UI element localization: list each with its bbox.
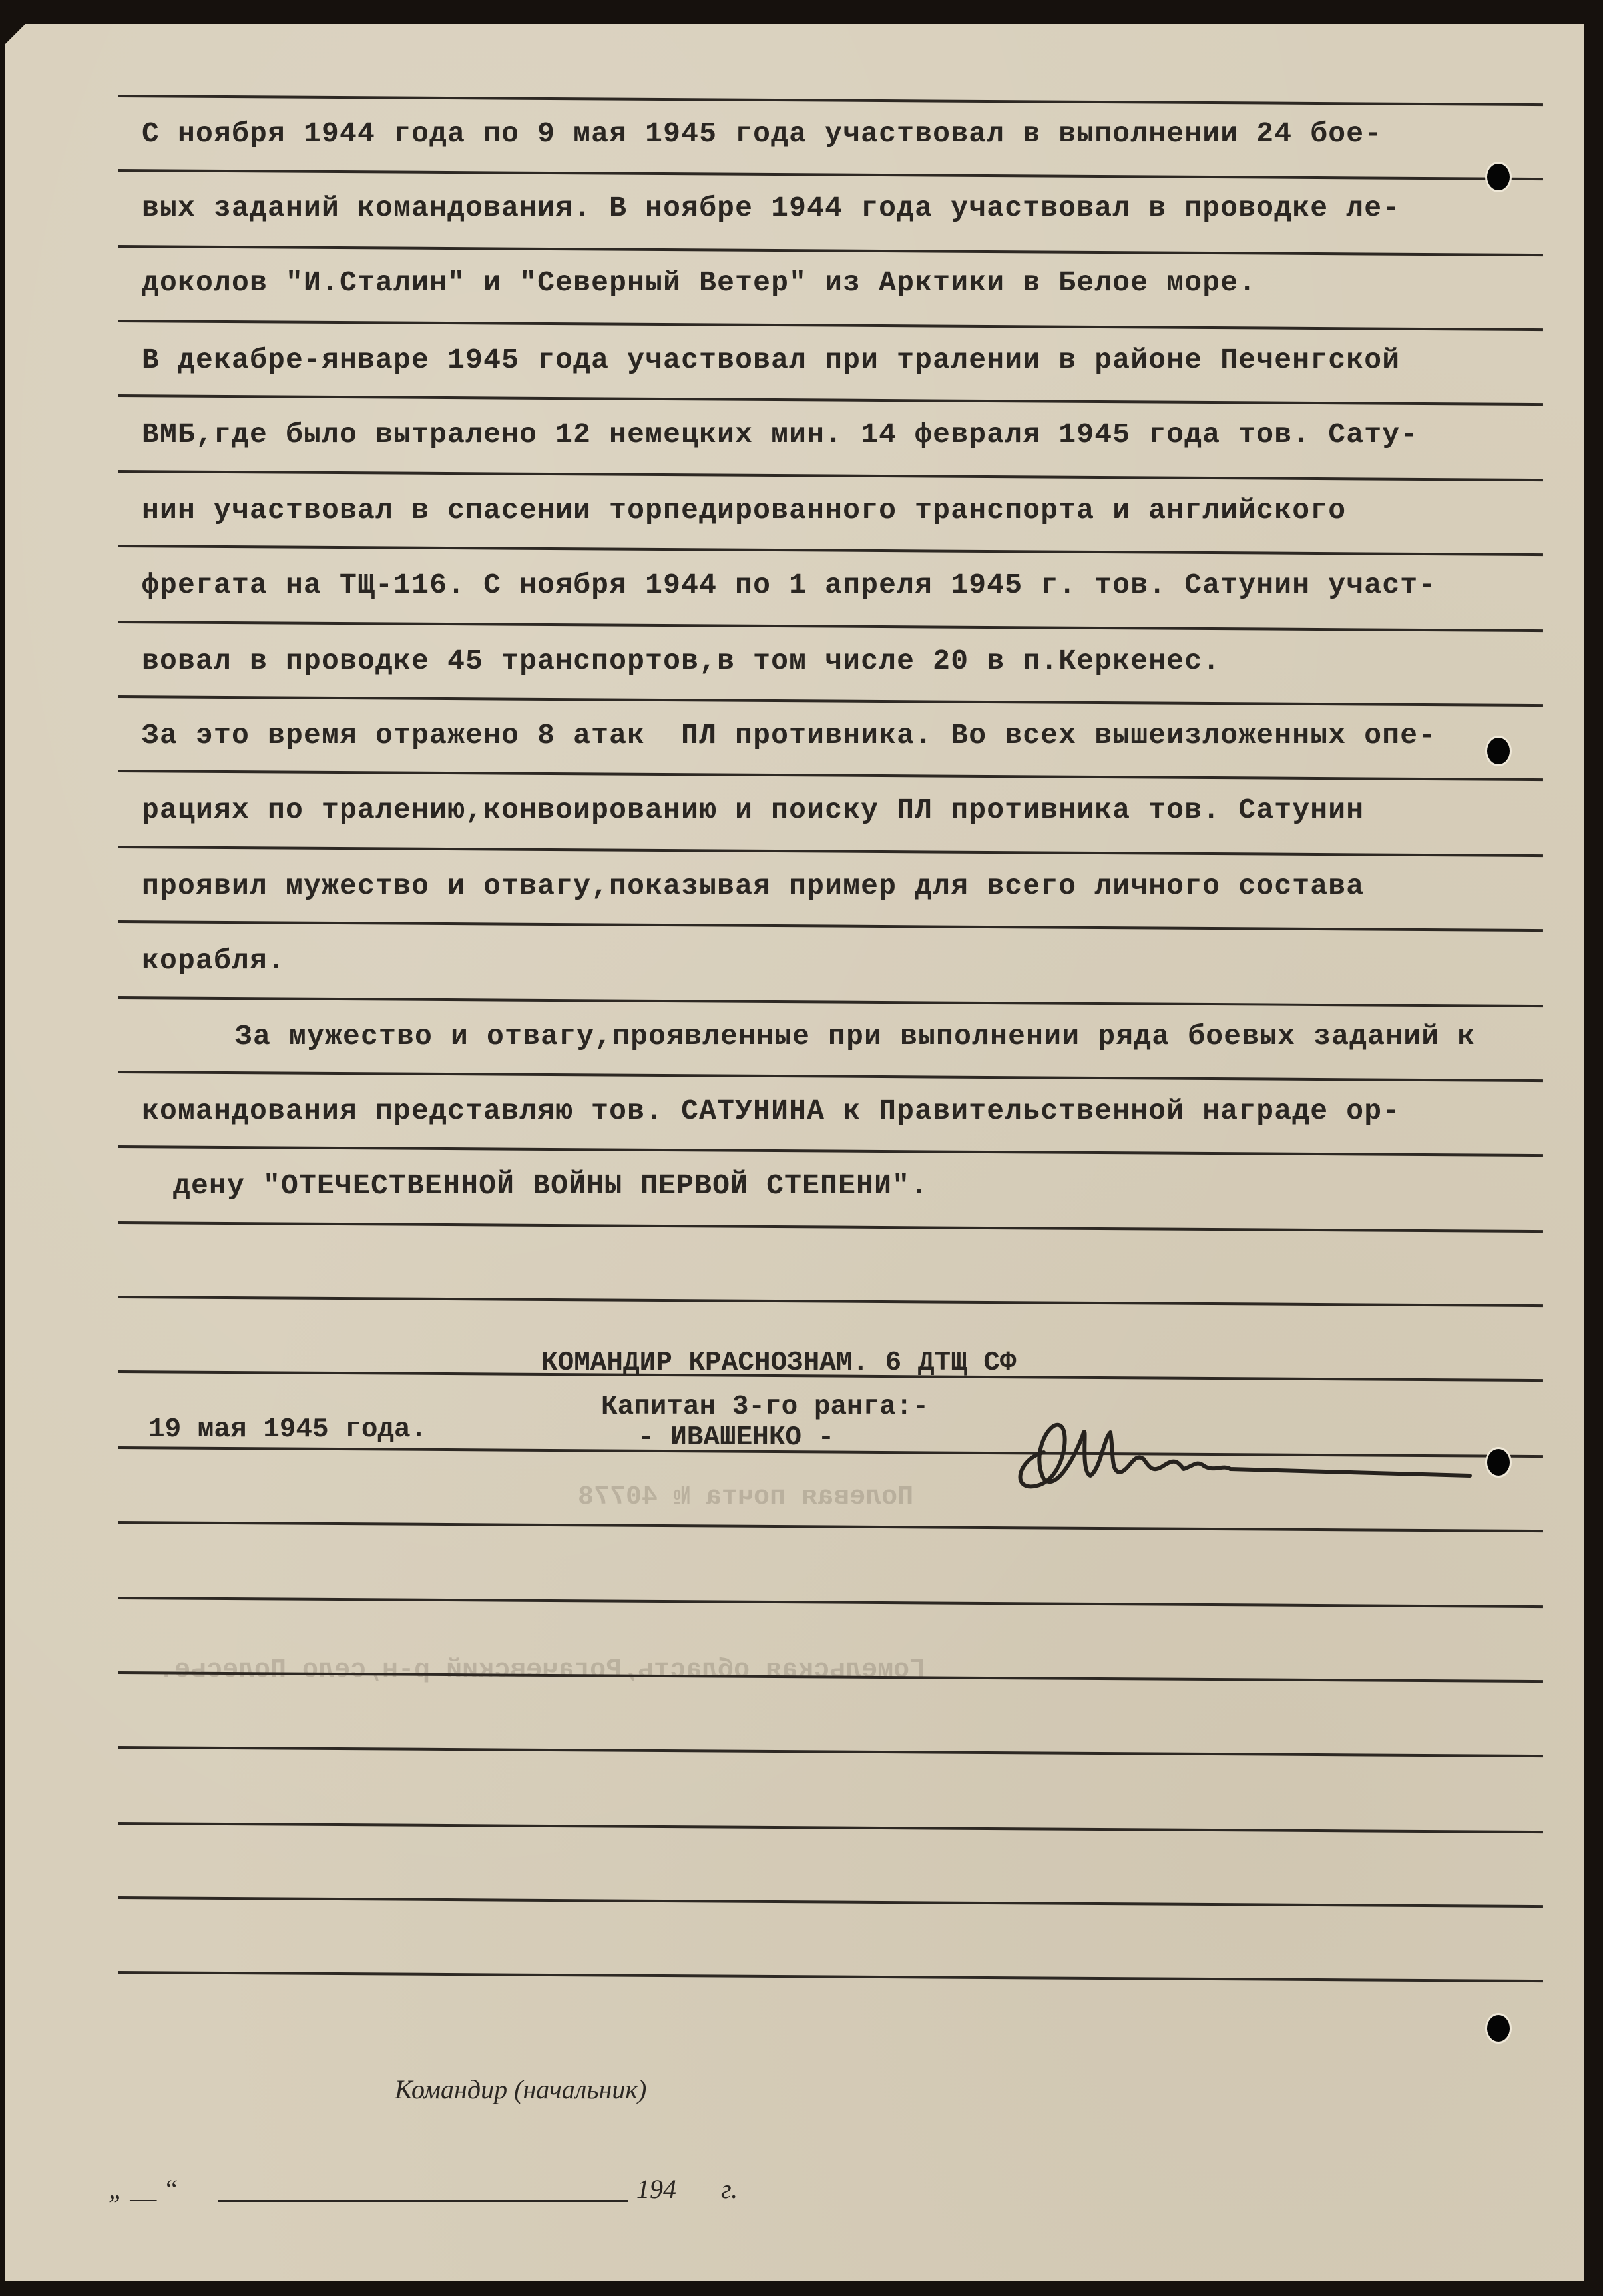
- bleed-through-text: Гомельская область,Рогачевский р-н,село …: [158, 1655, 925, 1685]
- ruled-line: [118, 1896, 1543, 1908]
- signature-date: 19 мая 1945 года.: [148, 1414, 427, 1445]
- award-sheet-page: Полевая почта № 40778 Гомельская область…: [5, 24, 1584, 2281]
- body-line: С ноября 1944 года по 9 мая 1945 года уч…: [142, 117, 1382, 150]
- body-line: За это время отражено 8 атак ПЛ противни…: [142, 719, 1436, 752]
- ruled-line: [118, 545, 1543, 556]
- bleed-through-text: Полевая почта № 40778: [578, 1482, 913, 1512]
- ruled-line: [118, 1071, 1543, 1082]
- ruled-line: [118, 1521, 1543, 1532]
- ruled-line: [118, 695, 1543, 707]
- date-underline: [218, 2200, 628, 2202]
- body-line: В декабре-январе 1945 года участвовал пр…: [142, 344, 1400, 376]
- ruled-line: [118, 996, 1543, 1007]
- ruled-line: [118, 1296, 1543, 1307]
- body-line: корабля.: [142, 944, 286, 977]
- ruled-line: [118, 1822, 1543, 1833]
- ruled-line: [118, 920, 1543, 932]
- body-line: вовал в проводке 45 транспортов,в том чи…: [142, 645, 1220, 677]
- ruled-line: [118, 470, 1543, 481]
- ruled-line: [118, 1597, 1543, 1608]
- body-line: вых заданий командования. В ноябре 1944 …: [142, 192, 1400, 224]
- ruled-line: [118, 394, 1543, 406]
- date-prefix: „ __ “: [109, 2173, 178, 2205]
- ruled-line: [118, 1145, 1543, 1157]
- ruled-line: [118, 245, 1543, 256]
- body-line: рациях по тралению,конвоированию и поиск…: [142, 794, 1364, 826]
- ruled-line: [118, 169, 1543, 180]
- ruled-line: [118, 846, 1543, 857]
- conclusion-line: дену "ОТЕЧЕСТВЕННОЙ ВОЙНЫ ПЕРВОЙ СТЕПЕНИ…: [173, 1169, 928, 1202]
- punch-hole: [1487, 164, 1510, 190]
- body-line: проявил мужество и отвагу,показывая прим…: [142, 870, 1364, 902]
- punch-hole: [1487, 1449, 1510, 1476]
- body-line: нин участвовал в спасении торпедированно…: [142, 494, 1346, 527]
- commander-name: - ИВАШЕНКО -: [638, 1422, 834, 1453]
- ruled-line: [118, 95, 1543, 106]
- punch-hole: [1487, 2015, 1510, 2042]
- ruled-line: [118, 1971, 1543, 1982]
- handwritten-signature-icon: [1004, 1412, 1483, 1499]
- ruled-line: [118, 621, 1543, 632]
- commander-title: КОМАНДИР КРАСНОЗНАМ. 6 ДТЩ СФ: [541, 1348, 1017, 1378]
- commander-label: Командир (начальник): [395, 2074, 646, 2105]
- conclusion-line: командования представляю тов. САТУНИНА к…: [142, 1095, 1400, 1127]
- body-line: ВМБ,где было вытралено 12 немецких мин. …: [142, 418, 1418, 451]
- body-line: фрегата на ТЩ-116. С ноября 1944 по 1 ап…: [142, 569, 1436, 601]
- year-suffix: г.: [721, 2173, 738, 2205]
- punch-hole: [1487, 738, 1510, 764]
- conclusion-line: За мужество и отвагу,проявленные при вып…: [235, 1020, 1475, 1053]
- ruled-line: [118, 1746, 1543, 1757]
- body-line: доколов "И.Сталин" и "Северный Ветер" из…: [142, 266, 1256, 299]
- ruled-line: [118, 770, 1543, 781]
- year-prefix: 194: [636, 2173, 676, 2205]
- ruled-line: [118, 320, 1543, 331]
- commander-rank: Капитан 3-го ранга:-: [601, 1392, 929, 1422]
- ruled-line: [118, 1221, 1543, 1233]
